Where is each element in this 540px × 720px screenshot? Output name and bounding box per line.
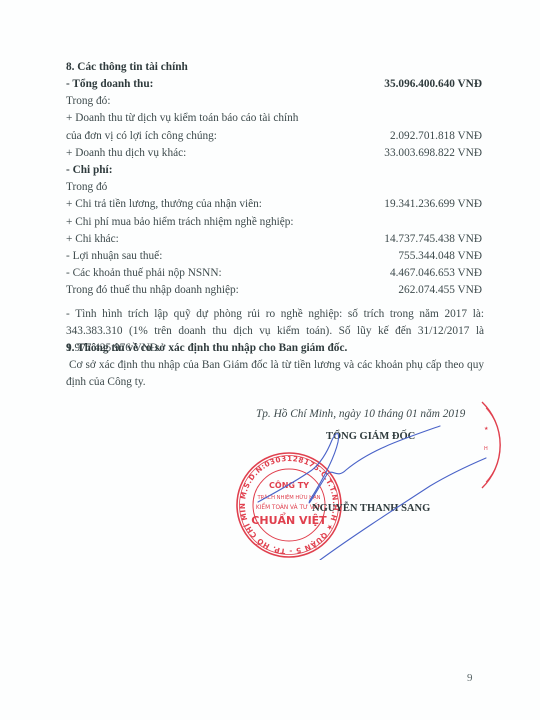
table-row: của đơn vị có lợi ích công chúng:2.092.7… bbox=[66, 128, 482, 145]
row-label: Trong đó: bbox=[66, 93, 110, 110]
table-row: - Chi phí: bbox=[66, 162, 482, 179]
row-label: + Chi khác: bbox=[66, 231, 119, 248]
row-label: của đơn vị có lợi ích công chúng: bbox=[66, 128, 217, 145]
row-label: - Các khoản thuế phải nộp NSNN: bbox=[66, 265, 222, 282]
table-row: Trong đó thuế thu nhập doanh nghiệp:262.… bbox=[66, 282, 482, 299]
document-page: 8. Các thông tin tài chính - Tổng doanh … bbox=[0, 0, 540, 720]
table-row: - Tổng doanh thu:35.096.400.640 VNĐ bbox=[66, 76, 482, 93]
handwritten-signature bbox=[250, 420, 490, 560]
table-row: - Lợi nhuận sau thuế:755.344.048 VNĐ bbox=[66, 248, 482, 265]
table-row: Trong đó bbox=[66, 179, 482, 196]
heading-text: 9. Thông tin về cơ sở xác định thu nhập … bbox=[66, 340, 347, 357]
table-row: + Chi trả tiền lương, thưởng của nhận vi… bbox=[66, 196, 482, 213]
table-row: + Chi khác:14.737.745.438 VNĐ bbox=[66, 231, 482, 248]
row-label: + Chi phí mua bảo hiểm trách nhiệm nghề … bbox=[66, 214, 294, 231]
table-row: + Doanh thu dịch vụ khác:33.003.698.822 … bbox=[66, 145, 482, 162]
row-label: - Tổng doanh thu: bbox=[66, 76, 153, 93]
row-value: 4.467.046.653 VNĐ bbox=[390, 265, 482, 282]
page-number: 9 bbox=[467, 672, 473, 684]
row-value: 33.003.698.822 VNĐ bbox=[384, 145, 482, 162]
row-label: + Chi trả tiền lương, thưởng của nhận vi… bbox=[66, 196, 262, 213]
row-label: - Chi phí: bbox=[66, 162, 112, 179]
row-label: - Lợi nhuận sau thuế: bbox=[66, 248, 162, 265]
section-8-heading: 8. Các thông tin tài chính bbox=[66, 59, 482, 76]
row-label: + Doanh thu dịch vụ khác: bbox=[66, 145, 186, 162]
heading-text: 8. Các thông tin tài chính bbox=[66, 59, 188, 76]
table-row: + Chi phí mua bảo hiểm trách nhiệm nghề … bbox=[66, 214, 482, 231]
row-value: 262.074.455 VNĐ bbox=[398, 282, 482, 299]
row-label: + Doanh thu từ dịch vụ kiểm toán báo cáo… bbox=[66, 110, 298, 127]
table-row: + Doanh thu từ dịch vụ kiểm toán báo cáo… bbox=[66, 110, 482, 127]
row-value: 35.096.400.640 VNĐ bbox=[384, 76, 482, 93]
row-value: 755.344.048 VNĐ bbox=[398, 248, 482, 265]
row-value: 19.341.236.699 VNĐ bbox=[384, 196, 482, 213]
section-9-paragraph: Cơ sở xác định thu nhập của Ban Giám đốc… bbox=[66, 357, 484, 391]
table-row: Trong đó: bbox=[66, 93, 482, 110]
table-row: - Các khoản thuế phải nộp NSNN:4.467.046… bbox=[66, 265, 482, 282]
row-value: 2.092.701.818 VNĐ bbox=[390, 128, 482, 145]
signature-date: Tp. Hồ Chí Minh, ngày 10 tháng 01 năm 20… bbox=[256, 408, 465, 420]
section-9-heading: 9. Thông tin về cơ sở xác định thu nhập … bbox=[66, 340, 482, 357]
row-value: 14.737.745.438 VNĐ bbox=[384, 231, 482, 248]
row-label: Trong đó bbox=[66, 179, 107, 196]
row-label: Trong đó thuế thu nhập doanh nghiệp: bbox=[66, 282, 239, 299]
